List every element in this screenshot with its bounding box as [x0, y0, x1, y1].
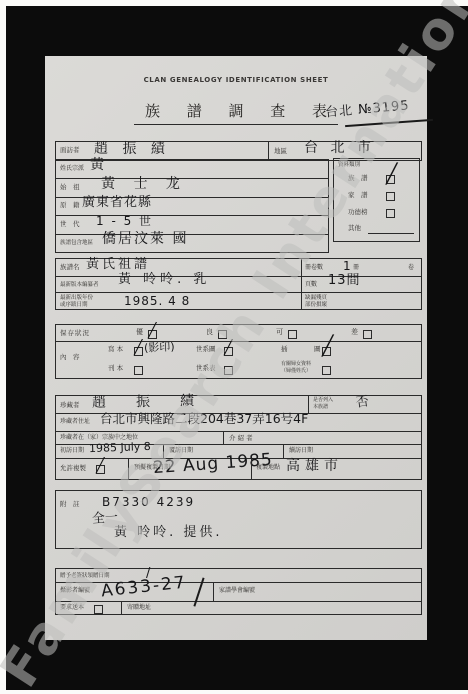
- condition-option-label: 良: [206, 329, 213, 337]
- column-divider: [301, 259, 302, 309]
- material-option-label: 家 譜: [348, 192, 368, 199]
- checkbox-poor: [363, 330, 372, 339]
- condition-option-label: 差: [351, 329, 358, 337]
- included-label-line2: 本族譜: [313, 405, 328, 411]
- women-data-sublabel: （婦僅姓氏）: [281, 369, 311, 375]
- copy-place-value: 高雄市: [286, 459, 343, 473]
- pages-value: 13間: [328, 274, 361, 287]
- volumes-unit-juan: 卷: [408, 265, 414, 272]
- cell-divider: [163, 444, 164, 458]
- cell-divider: [128, 458, 129, 479]
- gift-date-label: 贈予老簽狀領贈日期: [60, 573, 110, 579]
- volumes-label: 冊卷數: [305, 265, 323, 272]
- cell-divider: [121, 601, 122, 614]
- women-data-label: 有關婦女資料: [281, 362, 311, 368]
- missing-pages-label-line1: 缺漏殘頁: [305, 295, 327, 301]
- publication-date-label-line2: 或序跋日期: [60, 302, 88, 308]
- copy-place-label: 複製地點: [256, 465, 280, 472]
- second-visit-label: 覆訪日期: [169, 448, 193, 455]
- other-fill-line: [368, 233, 414, 234]
- checkbox-good: [218, 330, 227, 339]
- content-option-label: 刊 本: [108, 365, 123, 372]
- checkbox-printed: [134, 366, 143, 375]
- society-number-label: 家譜學會編號: [219, 588, 255, 595]
- genealogy-title-value: 黃氏祖譜: [86, 258, 150, 271]
- checkbox-zupu: [386, 175, 395, 184]
- first-visit-label: 初訪日期: [60, 448, 84, 455]
- row-divider: [56, 431, 421, 432]
- scanned-document: CLAN GENEALOGY IDENTIFICATION SHEET 族 譜 …: [0, 0, 468, 694]
- genealogy-title-label: 族譜名: [60, 264, 80, 271]
- publication-date-label-line1: 最新出版年份: [60, 295, 93, 301]
- first-ancestor-value: 黃 士 龙: [101, 177, 187, 191]
- photographer-number-value: A633-27: [100, 575, 187, 601]
- manuscript-note-handwriting: (影印): [144, 341, 175, 354]
- checkbox-gongdebang: [386, 209, 395, 218]
- request-copy-label: 要求送本: [60, 605, 84, 612]
- interviewer-value: 趙 振 績: [94, 142, 170, 156]
- introducer-label: 介 紹 者: [229, 435, 253, 442]
- document-page: CLAN GENEALOGY IDENTIFICATION SHEET 族 譜 …: [45, 56, 427, 640]
- cell-divider: [251, 458, 252, 479]
- pages-label: 頁數: [305, 282, 317, 289]
- checkbox-manuscript: [134, 347, 143, 356]
- origin-value: 廣東省花縣: [82, 196, 152, 209]
- first-ancestor-label: 始 祖: [60, 184, 80, 191]
- row-divider: [56, 601, 421, 602]
- checkbox-lineage-table: [224, 366, 233, 375]
- first-visit-value: 1985 July 8: [89, 441, 151, 454]
- condition-option-label: 可: [276, 329, 283, 337]
- condition-option-label: 優: [136, 329, 143, 337]
- footer-table: 贈予老簽狀領贈日期 / 攝影者編號 A633-27 家譜學會編號 要求送本 寄贈…: [55, 568, 422, 615]
- volumes-unit-ce: 冊: [353, 265, 359, 272]
- owner-label: 珍藏者: [60, 402, 80, 409]
- checkbox-jiapu: [386, 192, 395, 201]
- content-option-label: 世系圖: [196, 346, 216, 353]
- generations-label: 世 代: [60, 221, 80, 228]
- row-divider: [56, 341, 421, 342]
- compiler-label: 最新版本編纂者: [60, 282, 99, 288]
- cell-divider: [213, 582, 214, 601]
- condition-label: 保存狀況: [60, 330, 90, 337]
- permit-copy-label: 允許複製: [60, 465, 86, 472]
- missing-pages-label-line2: 部份損壞: [305, 302, 327, 308]
- condition-content-table: 保存狀況 優 良 可 差 內 容 寫 本 (影印) 世系圖 插 圖 刊 本 世系…: [55, 324, 422, 379]
- area-value: 台 北 市: [304, 141, 375, 155]
- notes-line1: B7330 4239: [102, 496, 195, 508]
- checkbox-request-copy: [94, 605, 103, 614]
- material-option-label: 功德榜: [348, 209, 368, 216]
- checkbox-women-data: [322, 366, 331, 375]
- followup-visit-label: 續訪日期: [289, 448, 313, 455]
- english-title: CLAN GENEALOGY IDENTIFICATION SHEET: [45, 76, 427, 84]
- coverage-value: 僑居汶萊 國: [102, 232, 188, 246]
- compiler-value: 黃 呤呤. 乳: [118, 273, 210, 286]
- content-option-label: 寫 本: [108, 346, 123, 353]
- publication-date-value: 1985. 4 8: [124, 295, 190, 307]
- notes-label: 附 註: [60, 501, 80, 508]
- row-divider: [56, 234, 328, 235]
- checkbox-excellent: [148, 330, 157, 339]
- checkbox-lineage-chart: [224, 347, 233, 356]
- genealogy-info-table: 族譜名 黃氏祖譜 最新版本編纂者 黃 呤呤. 乳 最新出版年份 或序跋日期 19…: [55, 258, 422, 310]
- interviewer-label: 面訪者: [60, 147, 80, 154]
- owner-address-value: 台北市興隆路二段204巷37弄16号4F: [100, 413, 308, 426]
- photographer-number-label: 攝影者編號: [60, 588, 90, 595]
- row-divider: [56, 276, 421, 277]
- volumes-value: 1: [343, 260, 351, 272]
- owner-value: 趙 振 績: [92, 394, 202, 410]
- coverage-label: 族譜包含地區: [60, 240, 93, 246]
- content-label: 內 容: [60, 354, 80, 361]
- surname-label: 姓氏宗派: [60, 166, 84, 173]
- checkbox-permit-copy: [96, 465, 105, 474]
- surname-value: 黃: [90, 158, 104, 172]
- clan-info-table: 姓氏宗派 黃 始 祖 黃 士 龙 原 籍 廣東省花縣 世 代 1 - 5 世 族…: [55, 159, 329, 253]
- checkbox-fair: [288, 330, 297, 339]
- cell-divider: [268, 142, 269, 160]
- row-divider: [56, 178, 328, 179]
- mailing-address-label: 寄贈地址: [127, 605, 151, 612]
- page-title: 族 譜 調 查 表: [134, 100, 338, 125]
- included-value: 否: [355, 395, 370, 410]
- cell-divider: [283, 444, 284, 458]
- owner-address-label: 珍藏者住址: [60, 419, 90, 426]
- row-divider: [56, 292, 421, 293]
- notes-box: 附 註 B7330 4239 全一 黃 呤呤. 提供.: [55, 490, 422, 549]
- owner-table: 珍藏者 趙 振 績 是否列入 本族譜 否 珍藏者住址 台北市興隆路二段204巷3…: [55, 395, 422, 480]
- area-label: 地區: [274, 148, 287, 155]
- cell-divider: [308, 396, 309, 413]
- checkbox-illustrations: [322, 347, 331, 356]
- content-option-label: 世系表: [196, 365, 216, 372]
- cell-divider: [223, 431, 224, 444]
- material-type-label: 資料類別: [338, 162, 360, 168]
- notes-line3: 黃 呤呤. 提供.: [114, 526, 223, 539]
- material-type-box: 資料類別 族 譜 家 譜 功德榜 其他: [333, 158, 420, 242]
- material-option-label: 族 譜: [348, 175, 368, 182]
- included-label-line1: 是否列入: [313, 398, 333, 404]
- origin-label: 原 籍: [60, 202, 80, 209]
- material-other-label: 其他: [348, 225, 361, 232]
- notes-line2: 全一: [92, 511, 119, 526]
- generations-value: 1 - 5 世: [96, 215, 153, 227]
